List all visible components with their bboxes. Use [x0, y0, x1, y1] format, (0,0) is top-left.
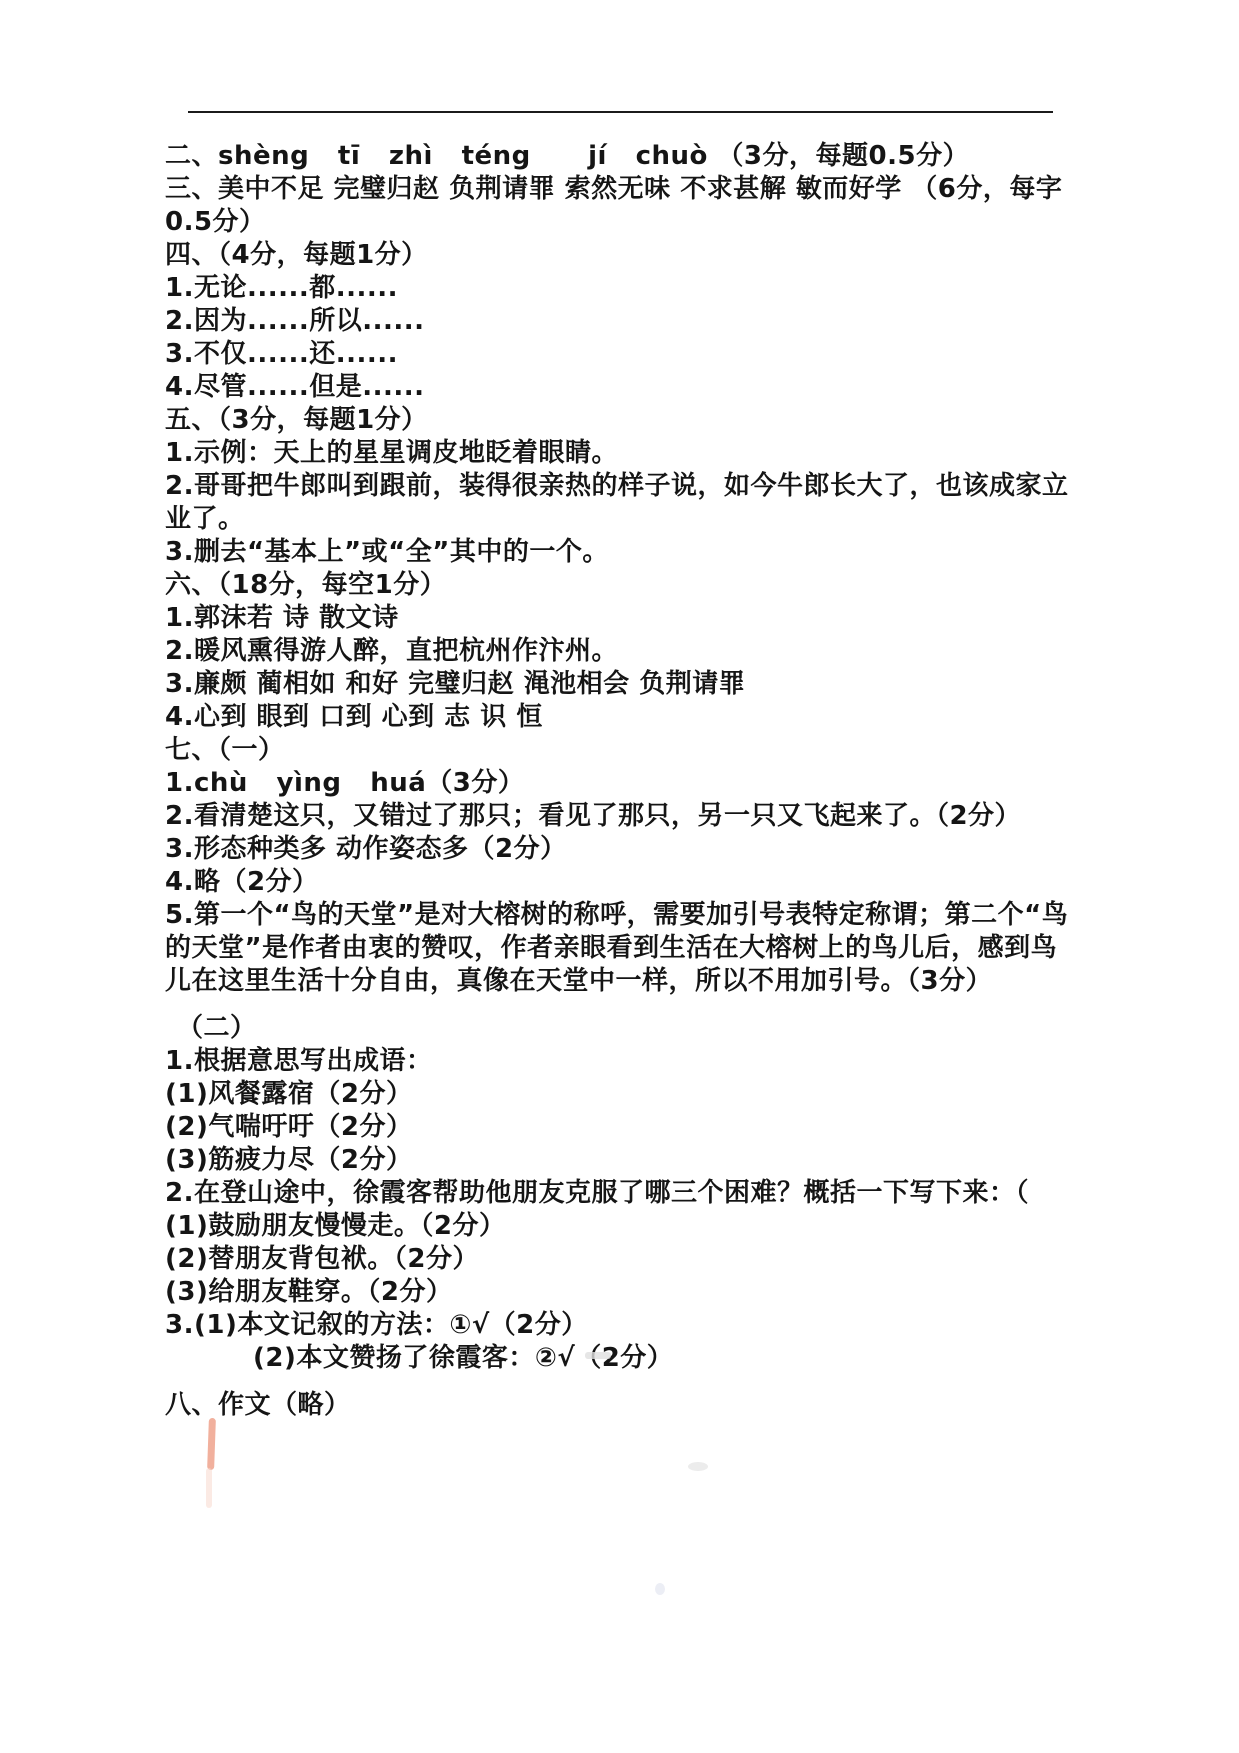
doc-line: 三、美中不足 完璧归赵 负荆请罪 索然无味 不求甚解 敏而好学 （6分，每字 — [165, 173, 1125, 206]
doc-line: (1)风餐露宿（2分） — [165, 1078, 1125, 1111]
doc-line: 二、shèng tī zhì téng jí chuò （3分，每题0.5分） — [165, 140, 1125, 173]
doc-line: 的天堂”是作者由衷的赞叹，作者亲眼看到生活在大榕树上的鸟儿后，感到鸟 — [165, 932, 1125, 965]
doc-line: 1.根据意思写出成语： — [165, 1045, 1125, 1078]
doc-line: 3.不仅......还...... — [165, 338, 1125, 371]
doc-line: 3.删去“基本上”或“全”其中的一个。 — [165, 536, 1125, 569]
doc-line: (2)本文赞扬了徐霞客：②√（2分） — [165, 1342, 1125, 1375]
doc-line: 1.示例：天上的星星调皮地眨着眼睛。 — [165, 437, 1125, 470]
document-page: 二、shèng tī zhì téng jí chuò （3分，每题0.5分）三… — [0, 0, 1239, 1753]
doc-line: 0.5分） — [165, 206, 1125, 239]
doc-line: 2.因为......所以...... — [165, 305, 1125, 338]
doc-line: （二） — [165, 1012, 1125, 1045]
doc-line: (2)替朋友背包袱。（2分） — [165, 1243, 1125, 1276]
doc-line: 1.郭沫若 诗 散文诗 — [165, 602, 1125, 635]
doc-line: 六、（18分，每空1分） — [165, 569, 1125, 602]
doc-line: 七、（一） — [165, 734, 1125, 767]
doc-line: 2.看清楚这只，又错过了那只；看见了那只，另一只又飞起来了。（2分） — [165, 800, 1125, 833]
doc-line: (3)给朋友鞋穿。（2分） — [165, 1276, 1125, 1309]
doc-line: 业了。 — [165, 503, 1125, 536]
doc-line: 3.廉颇 蔺相如 和好 完璧归赵 渑池相会 负荆请罪 — [165, 668, 1125, 701]
doc-line: 3.(1)本文记叙的方法：①√（2分） — [165, 1309, 1125, 1342]
answer-text-block: 二、shèng tī zhì téng jí chuò （3分，每题0.5分）三… — [165, 140, 1125, 1422]
scan-artifact-pink-stroke — [207, 1418, 216, 1470]
doc-line: 4.尽管......但是...... — [165, 371, 1125, 404]
doc-line: 2.暖风熏得游人醉，直把杭州作汴州。 — [165, 635, 1125, 668]
doc-line: 4.略（2分） — [165, 866, 1125, 899]
doc-line: (3)筋疲力尽（2分） — [165, 1144, 1125, 1177]
doc-line: 八、作文（略） — [165, 1389, 1125, 1422]
doc-line: (2)气喘吁吁（2分） — [165, 1111, 1125, 1144]
scan-artifact-smudge — [655, 1583, 665, 1595]
doc-line: 2.哥哥把牛郎叫到跟前，装得很亲热的样子说，如今牛郎长大了，也该成家立 — [165, 470, 1125, 503]
doc-line: 1.无论......都...... — [165, 272, 1125, 305]
scan-artifact-pink-tail — [206, 1468, 212, 1508]
doc-line: (1)鼓励朋友慢慢走。（2分） — [165, 1210, 1125, 1243]
doc-line: 四、（4分，每题1分） — [165, 239, 1125, 272]
doc-line: 4.心到 眼到 口到 心到 志 识 恒 — [165, 701, 1125, 734]
doc-line: 五、（3分，每题1分） — [165, 404, 1125, 437]
horizontal-rule — [188, 111, 1053, 113]
doc-line: 5.第一个“鸟的天堂”是对大榕树的称呼，需要加引号表特定称谓；第二个“鸟 — [165, 899, 1125, 932]
scan-artifact-smudge — [688, 1462, 708, 1471]
doc-line: 儿在这里生活十分自由，真像在天堂中一样，所以不用加引号。（3分） — [165, 965, 1125, 998]
doc-line: 1.chù yìng huá（3分） — [165, 767, 1125, 800]
doc-line: 2.在登山途中，徐霞客帮助他朋友克服了哪三个困难？概括一下写下来：（ — [165, 1177, 1125, 1210]
doc-line: 3.形态种类多 动作姿态多（2分） — [165, 833, 1125, 866]
